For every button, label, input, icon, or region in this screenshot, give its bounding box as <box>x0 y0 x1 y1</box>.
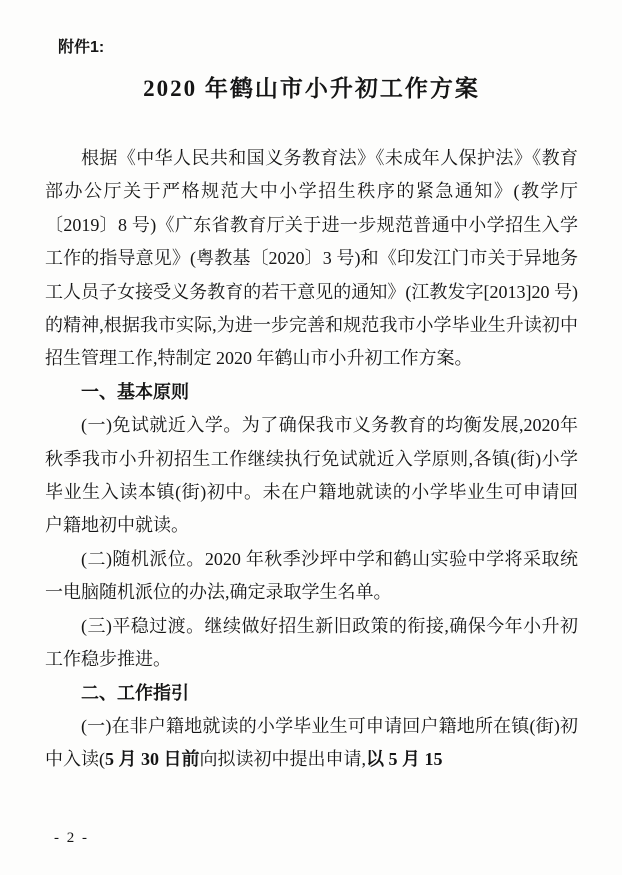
body-text: 一、基本原则 <box>81 382 189 402</box>
paragraph: (三)平稳过渡。继续做好招生新旧政策的衔接,确保今年小升初工作稳步推进。 <box>45 610 578 677</box>
body-text: 向拟读初中提出申请, <box>200 749 367 769</box>
paragraph: 根据《中华人民共和国义务教育法》《未成年人保护法》《教育部办公厅关于严格规范大中… <box>45 142 578 376</box>
document-title: 2020 年鹤山市小升初工作方案 <box>45 73 578 105</box>
page-number: - 2 - <box>54 830 89 847</box>
paragraph: (一)在非户籍地就读的小学毕业生可申请回户籍地所在镇(街)初中入读(5 月 30… <box>45 710 578 777</box>
paragraph: (一)免试就近入学。为了确保我市义务教育的均衡发展,2020年秋季我市小升初招生… <box>45 409 578 543</box>
body-text: 二、工作指引 <box>81 683 189 703</box>
attachment-label: 附件1: <box>58 38 578 58</box>
body-text: (二)随机派位。2020 年秋季沙坪中学和鹤山实验中学将采取统一电脑随机派位的办… <box>45 549 578 602</box>
document-body: 根据《中华人民共和国义务教育法》《未成年人保护法》《教育部办公厅关于严格规范大中… <box>45 142 578 777</box>
section-heading: 二、工作指引 <box>45 677 578 710</box>
emphasis-text: 以 5 月 15 <box>366 749 443 769</box>
body-text: (一)免试就近入学。为了确保我市义务教育的均衡发展,2020年秋季我市小升初招生… <box>45 415 578 535</box>
document-page: 附件1: 2020 年鹤山市小升初工作方案 根据《中华人民共和国义务教育法》《未… <box>0 0 622 875</box>
emphasis-text: 5 月 30 日前 <box>105 749 200 769</box>
body-text: (三)平稳过渡。继续做好招生新旧政策的衔接,确保今年小升初工作稳步推进。 <box>45 616 578 669</box>
section-heading: 一、基本原则 <box>45 376 578 409</box>
paragraph: (二)随机派位。2020 年秋季沙坪中学和鹤山实验中学将采取统一电脑随机派位的办… <box>45 543 578 610</box>
body-text: 根据《中华人民共和国义务教育法》《未成年人保护法》《教育部办公厅关于严格规范大中… <box>45 148 578 368</box>
